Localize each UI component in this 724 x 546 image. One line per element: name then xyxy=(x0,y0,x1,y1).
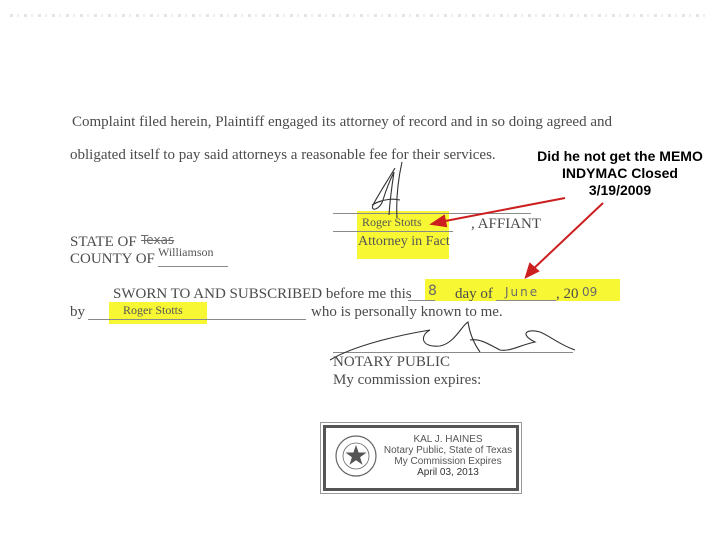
notary-signature-icon xyxy=(330,322,575,360)
affiant-signature-icon xyxy=(372,162,402,218)
annotation-arrow-icon xyxy=(432,198,603,277)
ink-overlay xyxy=(0,0,724,546)
